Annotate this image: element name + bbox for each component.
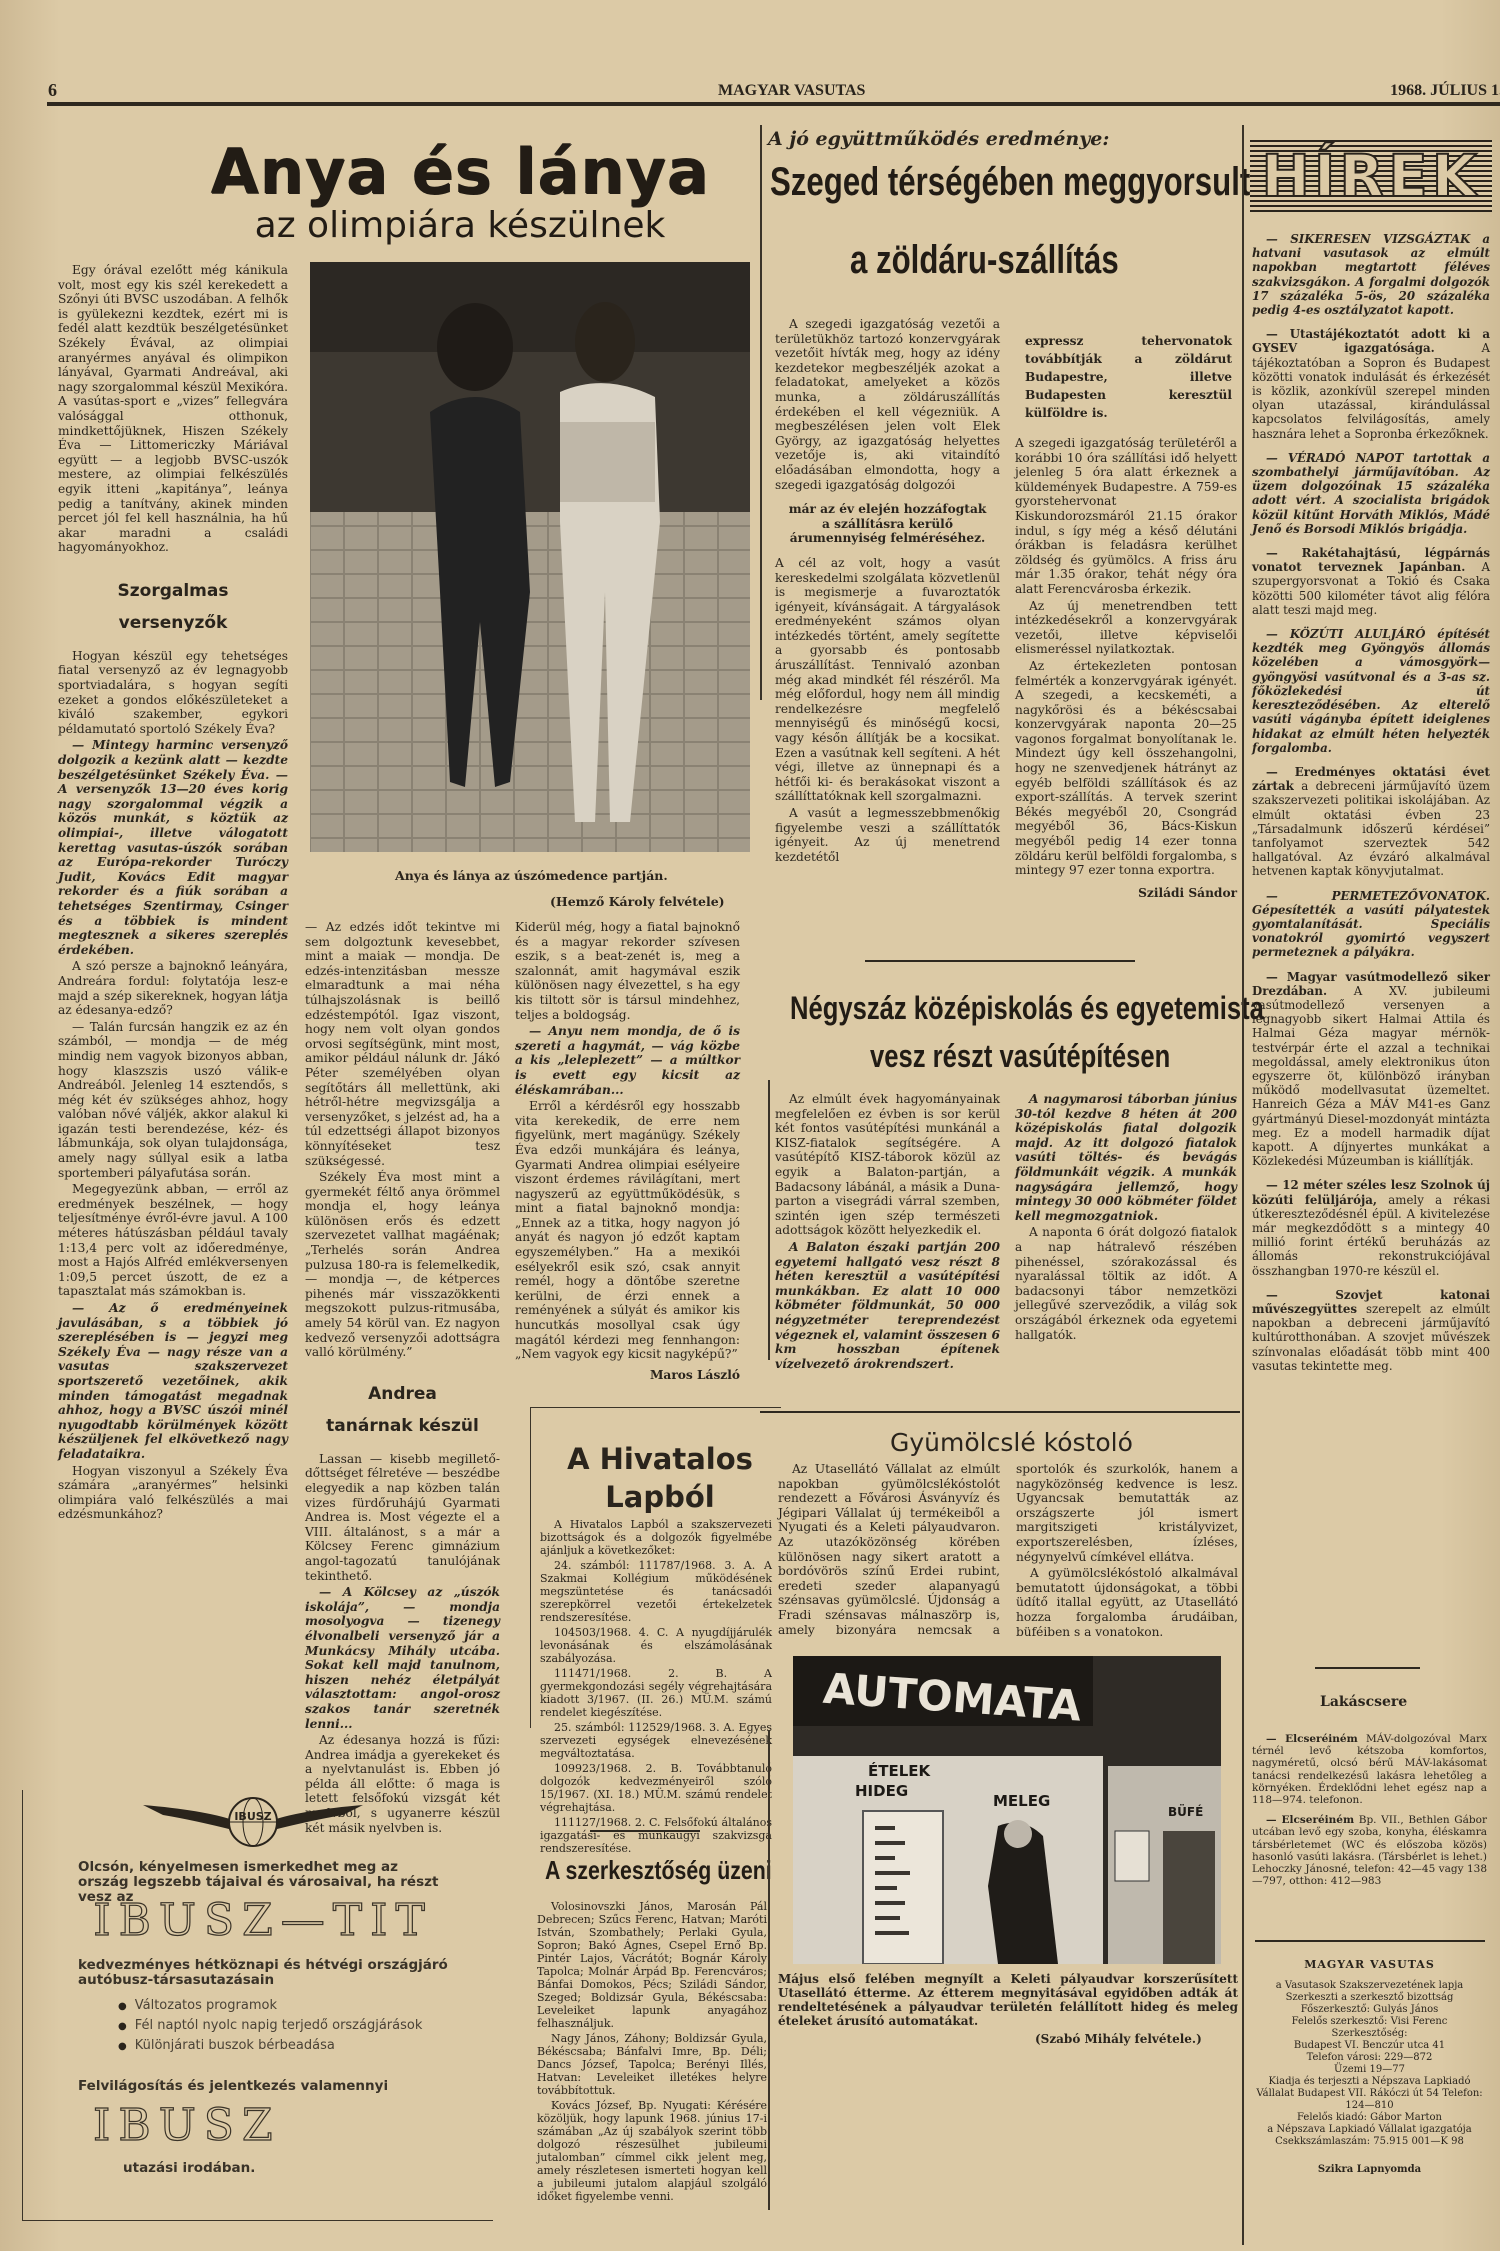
headline-negyszaz: Négyszáz középiskolás és egyetemista <box>790 990 1264 1027</box>
gyumolcsle-body: Az Utasellátó Vállalat az elmúlt napokba… <box>778 1462 1238 1639</box>
paragraph: A szó persze a bajnoknő leányára, Andreá… <box>58 959 288 1017</box>
section-rule <box>760 1411 1240 1413</box>
paragraph: Megegyezünk abban, — erről az eredmények… <box>58 1182 288 1299</box>
ibusz-office: utazási irodában. <box>123 2160 255 2176</box>
paragraph: A szegedi igazgatóság vezetői a területü… <box>775 317 1000 492</box>
news-item: — Szovjet katonai művészegyüttes szerepe… <box>1252 1288 1490 1373</box>
column-divider <box>768 1080 770 1360</box>
paragraph: — Talán furcsán hangzik ez az én számból… <box>58 1020 288 1181</box>
paragraph: A cél az volt, hogy a vasút kereskedelmi… <box>775 556 1000 804</box>
subhead-szorgalmas: Szorgalmas <box>58 575 288 607</box>
news-item: — VÉRADÓ NAPOT tartottak a szombathelyi … <box>1252 451 1490 536</box>
news-item: — Magyar vasútmodellező siker Drezdában.… <box>1252 970 1490 1169</box>
paragraph: Erről a kérdésről egy hosszabb vita kere… <box>515 1099 740 1362</box>
photo-caption: Anya és lánya az úszómedence partján. <box>395 868 668 883</box>
headline-anya-es-lanya: Anya és lánya <box>170 135 750 208</box>
hirek-logo-text: HÍREK <box>1261 142 1480 210</box>
impresszum-line: Csekkszámlaszám: 75.915 001—K 98 <box>1252 2136 1487 2148</box>
news-item: — KÖZÚTI ALULJÁRÓ építését kezdték meg G… <box>1252 627 1490 755</box>
subhead-tanarnak-keszul: tanárnak készül <box>305 1410 500 1442</box>
impresszum: a Vasutasok Szakszervezetének lapja Szer… <box>1252 1980 1487 2176</box>
negyszaz-col-2: A nagymarosi táborban június 30-tól kezd… <box>1015 1092 1237 1344</box>
photo-credit: (Hemző Károly felvétele) <box>550 894 725 909</box>
newspaper-page: 6 MAGYAR VASUTAS 1968. JÚLIUS 1. Anya és… <box>0 0 1500 2251</box>
paragraph: Az elmúlt évek hagyományainak megfelelőe… <box>775 1092 1000 1238</box>
szeged-col-1: A szegedi igazgatóság vezetői a területü… <box>775 317 1000 866</box>
svg-text:BÜFÉ: BÜFÉ <box>1168 1804 1203 1819</box>
impresszum-line: Felelős szerkesztő: Visi Ferenc <box>1252 2016 1487 2028</box>
author-maros: Maros László <box>515 1368 740 1383</box>
paragraph: Székely Éva most mint a gyermekét féltő … <box>305 1170 500 1360</box>
paragraph: A gyümölcslékóstoló alkalmával bemutatot… <box>1016 1566 1238 1639</box>
list-item: 111471/1968. 2. B. A gyermekgondozási se… <box>540 1667 772 1719</box>
section-rule <box>865 960 1135 962</box>
impresszum-line: Főszerkesztő: Gulyás János <box>1252 2004 1487 2016</box>
paragraph: Kovács József, Bp. Nyugati: Kérésére köz… <box>537 2099 767 2203</box>
paragraph: — Mintegy harminc versenyző dolgozik a k… <box>58 738 288 957</box>
negyszaz-col-1: Az elmúlt évek hagyományainak megfelelőe… <box>775 1092 1000 1373</box>
paragraph: A naponta 6 órát dolgozó fiatalok a nap … <box>1015 1225 1237 1342</box>
hivatalos-body: A Hivatalos Lapból a szakszervezeti bizo… <box>540 1518 772 1857</box>
photo-illustration: AUTOMATA ÉTELEK HIDEG MELEG BÜFÉ <box>793 1656 1221 1964</box>
news-item: — 12 méter széles lesz Szolnok új közúti… <box>1252 1178 1490 1277</box>
news-item: — Utastájékoztatót adott ki a GYSEV igaz… <box>1252 327 1490 441</box>
ibusz-winged-globe-icon: IBUSZ <box>143 1790 363 1850</box>
paragraph: Hogyan készül egy tehetséges fiatal vers… <box>58 649 288 737</box>
printer-name: Szikra Lapnyomda <box>1252 2164 1487 2176</box>
hirek-logo: HÍREK <box>1250 140 1492 212</box>
ibusz-tit-brand: IBUSZ—TIT <box>63 1895 463 1946</box>
ibusz-info: Felvilágosítás és jelentkezés valamennyi <box>78 2078 388 2094</box>
paragraph: A Hivatalos Lapból a szakszervezeti bizo… <box>540 1518 772 1557</box>
newspaper-title: MAGYAR VASUTAS <box>718 82 865 100</box>
masthead: 6 MAGYAR VASUTAS 1968. JÚLIUS 1. <box>48 80 1500 102</box>
headline-szeged: Szeged térségében meggyorsult <box>770 160 1129 205</box>
headline-zoldaru: a zöldáru-szállítás <box>850 238 1119 283</box>
highlight-expressz: expressz tehervonatok továbbítják a zöld… <box>1025 332 1232 422</box>
impresszum-line: Szerkesztőség: <box>1252 2028 1487 2040</box>
highlight-felmeres: már az év elején hozzáfogtak a szállítás… <box>787 502 988 546</box>
news-item: — Rakétahajtású, légpárnás vonatot terve… <box>1252 546 1490 617</box>
szerkesztoseg-body: Volosinovszki János, Marosán Pál Debrece… <box>537 1900 767 2205</box>
paragraph: Az értekezleten pontosan felmérték a kon… <box>1015 659 1237 878</box>
column-divider <box>768 1730 770 2210</box>
column-divider <box>760 125 762 700</box>
paragraph: — Anyu nem mondja, de ő is szereti a hag… <box>515 1024 740 1097</box>
impresszum-line: Szerkeszti a szerkesztő bizottság <box>1252 1992 1487 2004</box>
olympics-col-2: — Az edzés időt tekintve mi sem dolgoztu… <box>305 920 500 1837</box>
bullet-item: Fél naptól nyolc napig terjedő országjár… <box>118 2016 422 2036</box>
paragraph: Volosinovszki János, Marosán Pál Debrece… <box>537 1900 767 2030</box>
paragraph: Az új menetrendben tett intézkedésekről … <box>1015 599 1237 657</box>
szeged-col-2: expressz tehervonatok továbbítják a zöld… <box>1015 332 1237 900</box>
section-rule <box>590 1830 700 1832</box>
news-item: — SIKERESEN VIZSGÁZTAK a hatvani vasutas… <box>1252 232 1490 317</box>
subhead-andrea: Andrea <box>305 1378 500 1410</box>
list-item: 109923/1968. 2. B. Továbbtanuló dolgozók… <box>540 1762 772 1814</box>
headline-hivatalos-lapbol: A Hivatalos Lapból <box>540 1440 780 1516</box>
paragraph: — A Kölcsey az „úszók iskolája”, — mondj… <box>305 1585 500 1731</box>
list-item: 25. számból: 112529/1968. 3. A. Egyes sz… <box>540 1721 772 1760</box>
news-item: — PERMETEZŐVONATOK. Gépesítették a vasút… <box>1252 889 1490 960</box>
impresszum-line: Telefon városi: 229—872 <box>1252 2052 1487 2064</box>
ibusz-description: kedvezményes hétköznapi és hétvégi orszá… <box>78 1958 448 1988</box>
headline-line: A Hivatalos <box>540 1440 780 1478</box>
section-rule <box>1315 1667 1420 1669</box>
headline-vasutepitesen: vesz részt vasútépítésen <box>870 1038 1170 1075</box>
paragraph: Hogyan viszonyul a Székely Éva számára „… <box>58 1464 288 1522</box>
photo-illustration <box>310 262 750 852</box>
photo-anya-es-lanya <box>310 262 750 852</box>
page-number: 6 <box>48 80 57 101</box>
impresszum-line: a Vasutasok Szakszervezetének lapja <box>1252 1980 1487 1992</box>
olympics-col-3: Kiderül még, hogy a fiatal bajnoknő és a… <box>515 920 740 1382</box>
impresszum-line: Üzemi 19—77 <box>1252 2064 1487 2076</box>
impresszum-title: MAGYAR VASUTAS <box>1252 1958 1487 1971</box>
column-divider <box>1242 125 1244 2245</box>
hirek-news-column: — SIKERESEN VIZSGÁZTAK a hatvani vasutas… <box>1252 232 1490 1383</box>
bullet-item: Különjárati buszok bérbeadása <box>118 2036 422 2056</box>
paragraph: — Az ő eredményeinek javulásában, s a tö… <box>58 1301 288 1462</box>
paragraph: — Az edzés időt tekintve mi sem dolgoztu… <box>305 920 500 1168</box>
impresszum-line: Felelős kiadó: Gábor Marton <box>1252 2112 1487 2124</box>
paragraph: A nagymarosi táborban június 30-tól kezd… <box>1015 1092 1237 1223</box>
photo-automata: AUTOMATA ÉTELEK HIDEG MELEG BÜFÉ <box>793 1656 1221 1964</box>
bullet-item: Változatos programok <box>118 1996 422 2016</box>
issue-date: 1968. JÚLIUS 1. <box>1390 82 1500 100</box>
kicker-jo-egyuttmukodes: A jó együttműködés eredménye: <box>768 128 1109 150</box>
paragraph: Nagy János, Záhony; Boldizsár Gyula, Bék… <box>537 2032 767 2097</box>
olympics-col-1: Egy órával ezelőtt még kánikula volt, mo… <box>58 263 288 1524</box>
masthead-rule <box>47 102 1500 106</box>
impresszum-line: a Népszava Lapkiadó Vállalat igazgatója <box>1252 2124 1487 2136</box>
svg-text:HIDEG: HIDEG <box>855 1782 908 1800</box>
author-sziladi: Sziládi Sándor <box>1015 886 1237 901</box>
ibusz-brand: IBUSZ <box>93 2100 281 2151</box>
list-item: 24. számból: 111787/1968. 3. A. A Szakma… <box>540 1559 772 1624</box>
paragraph: Kiderül még, hogy a fiatal bajnoknő és a… <box>515 920 740 1022</box>
impresszum-line: Kiadja és terjeszti a Népszava Lapkiadó … <box>1252 2076 1487 2112</box>
svg-text:ÉTELEK: ÉTELEK <box>868 1761 932 1780</box>
svg-text:IBUSZ: IBUSZ <box>234 1810 271 1823</box>
impresszum-line: Budapest VI. Benczúr utca 41 <box>1252 2040 1487 2052</box>
headline-line: Lapból <box>540 1478 780 1516</box>
paragraph: A szegedi igazgatóság területéről a korá… <box>1015 436 1237 597</box>
classified-item: — Elcseréiném Bp. VII., Bethlen Gábor ut… <box>1252 1814 1487 1887</box>
ibusz-advertisement: IBUSZ Olcsón, kényelmesen ismerkedhet me… <box>22 1790 493 2221</box>
headline-gyumolcsle: Gyümölcslé kóstoló <box>890 1428 1133 1457</box>
section-rule <box>1255 1940 1485 1942</box>
paragraph: Lassan — kisebb megillető-dőttséget félr… <box>305 1452 500 1583</box>
olympics-intro: Egy órával ezelőtt még kánikula volt, mo… <box>58 263 288 555</box>
lakascsere-list: — Elcseréiném MÁV-dolgozóval Marx térnél… <box>1252 1733 1487 1889</box>
automata-photo-credit: (Szabó Mihály felvétele.) <box>1035 2032 1202 2046</box>
subhead-versenyzok: versenyzők <box>58 607 288 639</box>
ibusz-bullets: Változatos programok Fél naptól nyolc na… <box>118 1996 422 2056</box>
paragraph: A vasút a legmesszebbmenőkig figyelembe … <box>775 806 1000 864</box>
list-item: 111127/1968. 2. C. Felsőfokú általános i… <box>540 1816 772 1855</box>
news-item: — Eredményes oktatási évet zártak a debr… <box>1252 765 1490 879</box>
svg-text:MELEG: MELEG <box>993 1792 1050 1810</box>
paragraph: A Balaton északi partján 200 egyetemi ha… <box>775 1240 1000 1371</box>
subheadline-olimpia: az olimpiára készülnek <box>170 205 750 246</box>
automata-photo-caption: Május első felében megnyílt a Keleti pál… <box>778 1972 1238 2028</box>
headline-szerkesztoseg-uzeni: A szerkesztőség üzeni <box>545 1855 772 1886</box>
lakascsere-title: Lakáscsere <box>1320 1694 1407 1710</box>
list-item: 104503/1968. 4. C. A nyugdíjjárulék levo… <box>540 1626 772 1665</box>
classified-item: — Elcseréiném MÁV-dolgozóval Marx térnél… <box>1252 1733 1487 1806</box>
